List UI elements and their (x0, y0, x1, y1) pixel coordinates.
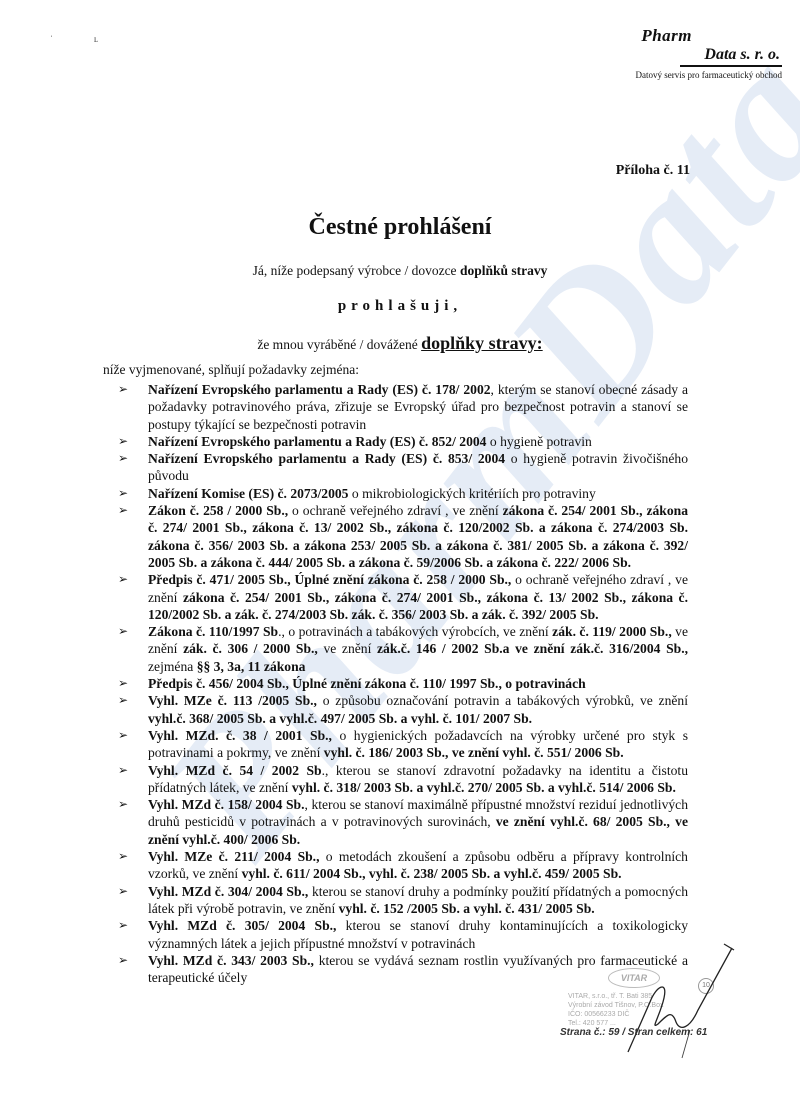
goods-line: že mnou vyráběné / dovážené doplňky stra… (0, 333, 800, 354)
arrow-bullet-icon: ➢ (118, 952, 128, 969)
regulation-citation: Zákona č. 110/1997 Sb (148, 624, 278, 639)
arrow-bullet-icon: ➢ (118, 571, 128, 588)
regulation-citation: Vyhl. MZd č. 54 / 2002 Sb (148, 763, 322, 778)
regulation-citation: Vyhl. MZe č. 113 /2005 Sb., (148, 693, 317, 708)
regulation-citation: zák. č. 306 / 2000 Sb., (183, 641, 318, 656)
arrow-bullet-icon: ➢ (118, 623, 128, 640)
regulation-item: ➢Nařízení Komise (ES) č. 2073/2005 o mik… (104, 485, 688, 502)
arrow-bullet-icon: ➢ (118, 917, 128, 934)
regulation-item: ➢Nařízení Evropského parlamentu a Rady (… (104, 450, 688, 485)
regulation-description: o způsobu označování potravin a tabákový… (317, 693, 688, 708)
annex-label: Příloha č. 11 (616, 163, 690, 179)
regulation-item: ➢Zákona č. 110/1997 Sb., o potravinách a… (104, 623, 688, 675)
regulations-list: ➢Nařízení Evropského parlamentu a Rady (… (104, 381, 688, 986)
arrow-bullet-icon: ➢ (118, 502, 128, 519)
logo-data: Data s. r. o. (680, 46, 782, 67)
regulation-citation: zákona č. 254/ 2001 Sb., zákona č. 274/ … (148, 590, 688, 622)
regulation-citation: Vyhl. MZd. č. 38 / 2001 Sb., (148, 728, 332, 743)
arrow-bullet-icon: ➢ (118, 883, 128, 900)
regulation-citation: vyhl. č. 611/ 2004 Sb., vyhl. č. 238/ 20… (242, 866, 622, 881)
intro-prefix: Já, níže podepsaný výrobce / dovozce (253, 263, 460, 278)
logo-pharm: Pharm (577, 26, 692, 46)
regulation-citation: Vyhl. MZd č. 304/ 2004 Sb., (148, 884, 308, 899)
regulation-citation: vyhl. č. 152 /2005 Sb. a vyhl. č. 431/ 2… (339, 901, 595, 916)
company-logo: Pharm Data s. r. o. Datový servis pro fa… (577, 26, 782, 80)
arrow-bullet-icon: ➢ (118, 848, 128, 865)
regulation-citation: vyhl. č. 186/ 2003 Sb., ve znění vyhl. č… (324, 745, 624, 760)
regulation-citation: Vyhl. MZd č. 158/ 2004 Sb. (148, 797, 305, 812)
regulation-citation: Nařízení Evropského parlamentu a Rady (E… (148, 382, 491, 397)
arrow-bullet-icon: ➢ (118, 796, 128, 813)
regulation-citation: Vyhl. MZd č. 343/ 2003 Sb., (148, 953, 314, 968)
goods-prefix: že mnou vyráběné / dovážené (257, 337, 421, 352)
arrow-bullet-icon: ➢ (118, 433, 128, 450)
signature (620, 940, 740, 1060)
regulation-item: ➢Vyhl. MZe č. 113 /2005 Sb., o způsobu o… (104, 692, 688, 727)
regulation-item: ➢Vyhl. MZd č. 304/ 2004 Sb., kterou se s… (104, 883, 688, 918)
regulation-item: ➢Vyhl. MZd č. 54 / 2002 Sb., kterou se s… (104, 762, 688, 797)
arrow-bullet-icon: ➢ (118, 675, 128, 692)
regulation-citation: vyhl.č. 368/ 2005 Sb. a vyhl.č. 497/ 200… (148, 711, 532, 726)
regulation-citation: zák. č. 119/ 2000 Sb., (552, 624, 672, 639)
regulation-item: ➢Vyhl. MZd. č. 38 / 2001 Sb., o hygienic… (104, 727, 688, 762)
regulation-citation: Nařízení Evropského parlamentu a Rady (E… (148, 451, 505, 466)
regulation-citation: Vyhl. MZd č. 305/ 2004 Sb., (148, 918, 336, 933)
regulation-item: ➢Předpis č. 456/ 2004 Sb., Úplné znění z… (104, 675, 688, 692)
arrow-bullet-icon: ➢ (118, 762, 128, 779)
regulation-citation: §§ 3, 3a, 11 zákona (197, 659, 306, 674)
page-number: Strana č.: 59 / Stran celkem: 61 (560, 1027, 707, 1038)
regulation-citation: Vyhl. MZe č. 211/ 2004 Sb., (148, 849, 319, 864)
regulation-item: ➢Předpis č. 471/ 2005 Sb., Úplné znění z… (104, 571, 688, 623)
arrow-bullet-icon: ➢ (118, 381, 128, 398)
regulation-citation: zák.č. 146 / 2002 Sb.a ve znění zák.č. 3… (377, 641, 688, 656)
regulation-description: ve znění (318, 641, 377, 656)
regulation-description: o hygieně potravin (486, 434, 591, 449)
regulation-citation: Předpis č. 471/ 2005 Sb., Úplné znění zá… (148, 572, 511, 587)
arrow-bullet-icon: ➢ (118, 485, 128, 502)
regulation-citation: vyhl. č. 318/ 2003 Sb. a vyhl.č. 270/ 20… (292, 780, 676, 795)
logo-tagline: Datový servis pro farmaceutický obchod (577, 70, 782, 80)
regulation-description: o mikrobiologických kritériích pro potra… (348, 486, 595, 501)
regulation-item: ➢Zákon č. 258 / 2000 Sb., o ochraně veře… (104, 502, 688, 571)
regulation-item: ➢Nařízení Evropského parlamentu a Rady (… (104, 381, 688, 433)
regulation-item: ➢Nařízení Evropského parlamentu a Rady (… (104, 433, 688, 450)
arrow-bullet-icon: ➢ (118, 727, 128, 744)
regulation-description: ., o potravinách a tabákových výrobcích,… (278, 624, 552, 639)
regulation-description: zejména (148, 659, 197, 674)
list-lead: níže vyjmenované, splňují požadavky zejm… (103, 362, 359, 378)
intro-bold: doplňků stravy (460, 263, 547, 278)
regulation-item: ➢Vyhl. MZe č. 211/ 2004 Sb., o metodách … (104, 848, 688, 883)
regulation-item: ➢Vyhl. MZd č. 305/ 2004 Sb., kterou se s… (104, 917, 688, 952)
regulation-description: o ochraně veřejného zdraví , ve znění (288, 503, 502, 518)
regulation-citation: Nařízení Komise (ES) č. 2073/2005 (148, 486, 348, 501)
regulation-citation: Zákon č. 258 / 2000 Sb., (148, 503, 288, 518)
declaration-word: prohlašuji, (0, 298, 800, 315)
arrow-bullet-icon: ➢ (118, 450, 128, 467)
arrow-bullet-icon: ➢ (118, 692, 128, 709)
intro-line: Já, níže podepsaný výrobce / dovozce dop… (0, 263, 800, 279)
document-title: Čestné prohlášení (0, 214, 800, 241)
goods-bold: doplňky stravy: (421, 333, 543, 353)
regulation-citation: Nařízení Evropského parlamentu a Rady (E… (148, 434, 486, 449)
regulation-citation: Předpis č. 456/ 2004 Sb., Úplné znění zá… (148, 676, 586, 691)
regulation-item: ➢Vyhl. MZd č. 158/ 2004 Sb., kterou se s… (104, 796, 688, 848)
